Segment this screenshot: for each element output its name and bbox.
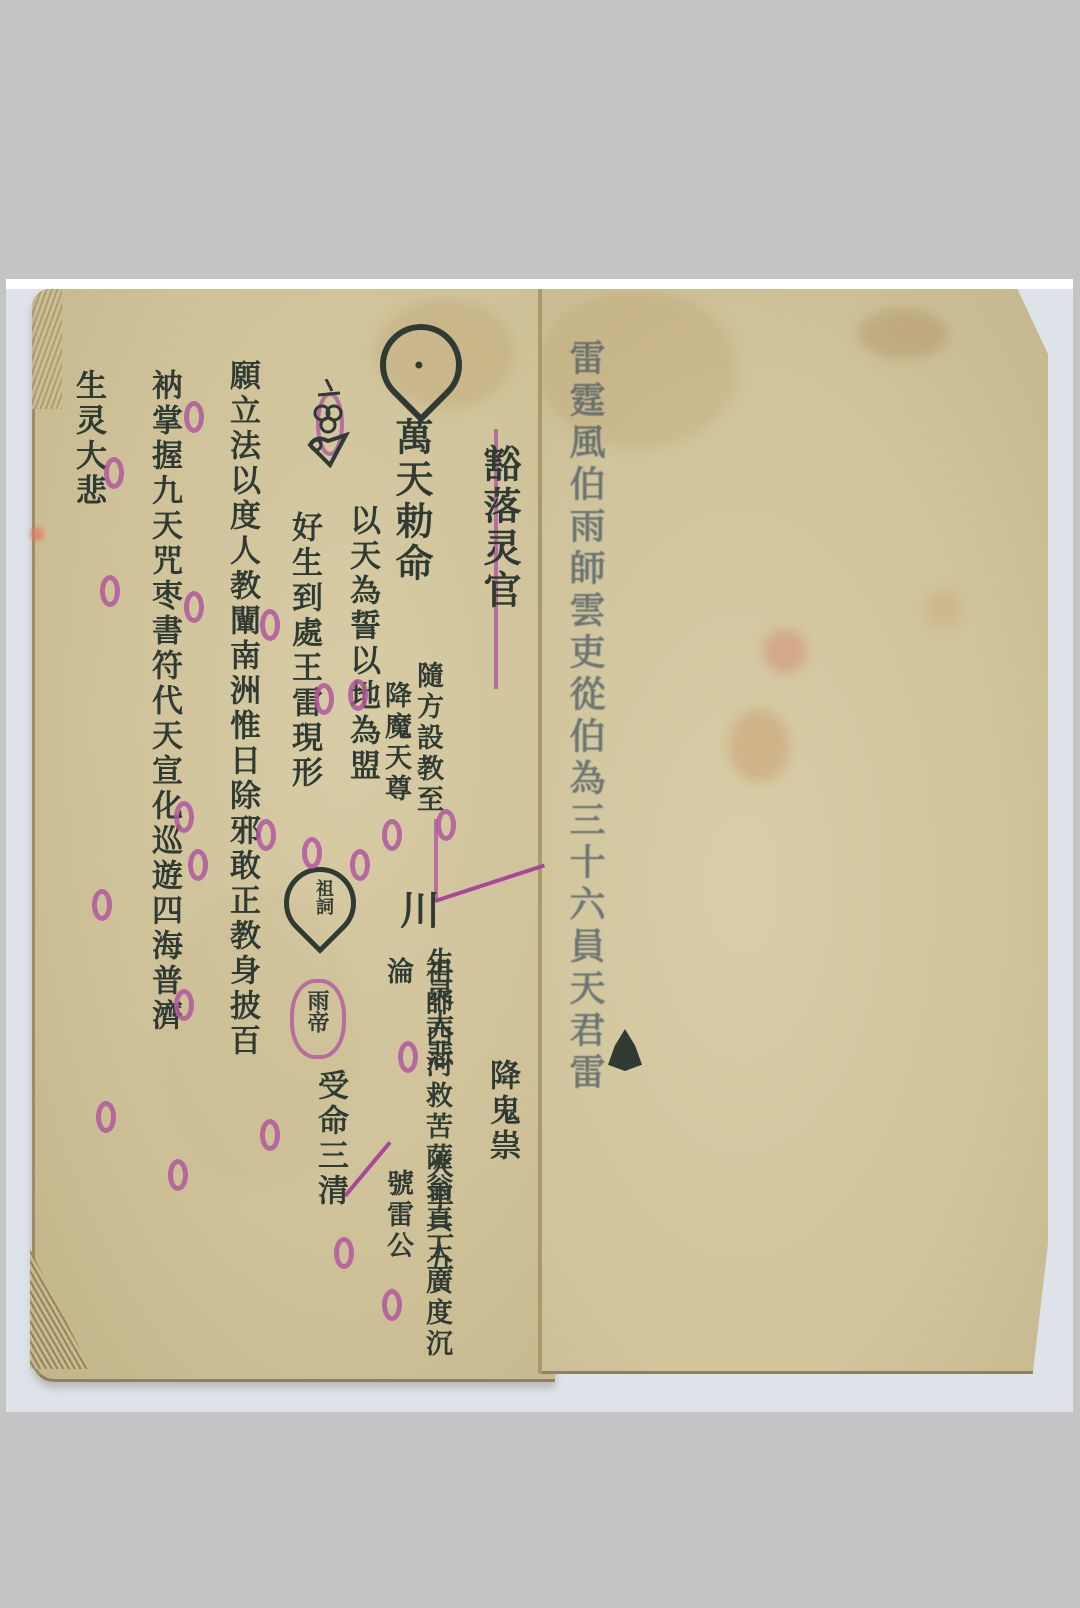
annotation-circle [92, 889, 112, 921]
red-spot [30, 527, 44, 541]
annotation-circle [168, 1159, 188, 1191]
brown-stain [728, 709, 790, 783]
text-column: 以天為誓以地為盟 [340, 504, 385, 784]
text-column: 受命三清 [308, 1069, 353, 1209]
annotation-circle [350, 849, 370, 881]
triple-stroke-mark: 川 [400, 879, 436, 936]
text-column-title: 豁落灵官 [472, 444, 527, 612]
scan-top-border [6, 279, 1073, 289]
annotation-circle [100, 575, 120, 607]
annotation-circle [184, 401, 204, 433]
annotation-circle [174, 989, 194, 1021]
showthrough-text-column: 雷霆風伯雨師雲吏從伯為三十六員天君雷 [560, 339, 611, 1095]
annotation-circle [96, 1101, 116, 1133]
annotation-circle [398, 1041, 418, 1073]
text-column: 火車三五 [418, 1151, 457, 1275]
annotation-circle [260, 1119, 280, 1151]
book-spine [538, 289, 542, 1374]
annotation-circle [188, 849, 208, 881]
text-column: 願立法以度人教闡南洲惟日除邪敢正教身披百 [220, 359, 265, 1059]
text-column: 好生到處王雷現形 [282, 511, 327, 791]
annotation-circle [302, 837, 322, 869]
annotation-circle [314, 683, 334, 715]
brown-stain [923, 589, 963, 629]
annotation-circle [256, 819, 276, 851]
text-column: 生灵大悲 [66, 369, 111, 509]
annotation-circle [260, 609, 280, 641]
annotation-circle [104, 457, 124, 489]
seal-text: 祖詞 [310, 879, 336, 915]
manuscript-book: 雷霆風伯雨師雲吏從伯為三十六員天君雷 豁落灵官 萬天勅命 隨方設教至 降魔天尊 … [20, 289, 1056, 1387]
text-column: 衲掌握九天咒枣書符代天宣化巡遊四海普濟 [142, 369, 187, 1034]
binding-threads-top [32, 289, 62, 409]
text-column: 萬天勅命 [384, 417, 439, 585]
scan-frame: 雷霆風伯雨師雲吏從伯為三十六員天君雷 豁落灵官 萬天勅命 隨方設教至 降魔天尊 … [6, 279, 1073, 1412]
seal-text: 雨帝 [302, 989, 333, 1033]
annotation-circle [184, 591, 204, 623]
torn-corner-stain [858, 309, 948, 359]
annotation-circle [174, 801, 194, 833]
annotation-circle [334, 1237, 354, 1269]
annotation-circle [382, 1289, 402, 1321]
right-page: 雷霆風伯雨師雲吏從伯為三十六員天君雷 [538, 289, 1048, 1374]
talisman-icon [306, 379, 350, 469]
text-column-signature: 降鬼祟 [480, 1059, 525, 1164]
annotation-circle [348, 679, 368, 711]
red-stain [763, 629, 807, 673]
annotation-circle [382, 819, 402, 851]
annotation-circle [436, 809, 456, 841]
text-column: 號雷公 [378, 1169, 417, 1262]
ink-blot [608, 1029, 642, 1071]
